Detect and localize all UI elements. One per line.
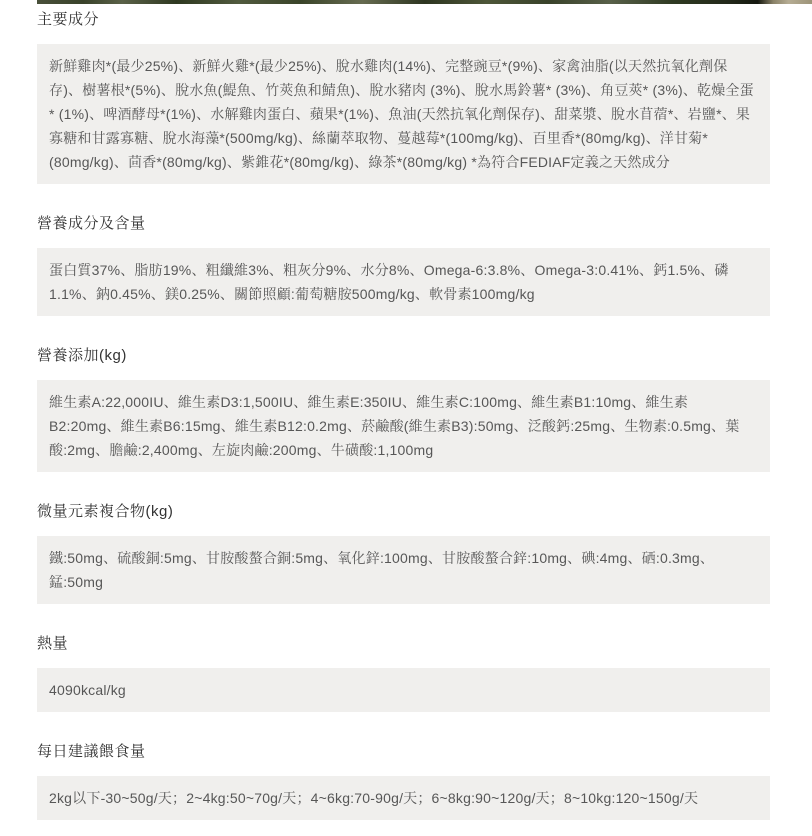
box-trace-elements: 鐵:50mg、硫酸銅:5mg、甘胺酸螯合銅:5mg、氧化鋅:100mg、甘胺酸螯… <box>37 536 770 604</box>
heading-trace-elements: 微量元素複合物(kg) <box>37 502 770 522</box>
section-main-ingredients: 主要成分 新鮮雞肉*(最少25%)、新鮮火雞*(最少25%)、脫水雞肉(14%)… <box>37 10 770 184</box>
section-nutritional-additives: 營養添加(kg) 維生素A:22,000IU、維生素D3:1,500IU、維生素… <box>37 346 770 472</box>
heading-nutrition-analysis: 營養成分及含量 <box>37 214 770 234</box>
section-daily-feeding-guide: 每日建議餵食量 2kg以下-30~50g/天；2~4kg:50~70g/天；4~… <box>37 742 770 820</box>
product-info-page: 主要成分 新鮮雞肉*(最少25%)、新鮮火雞*(最少25%)、脫水雞肉(14%)… <box>0 10 812 836</box>
heading-main-ingredients: 主要成分 <box>37 10 770 30</box>
section-calories: 熱量 4090kcal/kg <box>37 634 770 712</box>
heading-daily-feeding-guide: 每日建議餵食量 <box>37 742 770 762</box>
section-trace-elements: 微量元素複合物(kg) 鐵:50mg、硫酸銅:5mg、甘胺酸螯合銅:5mg、氧化… <box>37 502 770 604</box>
box-daily-feeding-guide: 2kg以下-30~50g/天；2~4kg:50~70g/天；4~6kg:70-9… <box>37 776 770 820</box>
section-nutrition-analysis: 營養成分及含量 蛋白質37%、脂肪19%、粗纖維3%、粗灰分9%、水分8%、Om… <box>37 214 770 316</box>
heading-calories: 熱量 <box>37 634 770 654</box>
box-main-ingredients: 新鮮雞肉*(最少25%)、新鮮火雞*(最少25%)、脫水雞肉(14%)、完整豌豆… <box>37 44 770 184</box>
box-nutrition-analysis: 蛋白質37%、脂肪19%、粗纖維3%、粗灰分9%、水分8%、Omega-6:3.… <box>37 248 770 316</box>
box-calories: 4090kcal/kg <box>37 668 770 712</box>
box-nutritional-additives: 維生素A:22,000IU、維生素D3:1,500IU、維生素E:350IU、維… <box>37 380 770 472</box>
heading-nutritional-additives: 營養添加(kg) <box>37 346 770 366</box>
product-photo-bottom-edge <box>37 0 812 4</box>
